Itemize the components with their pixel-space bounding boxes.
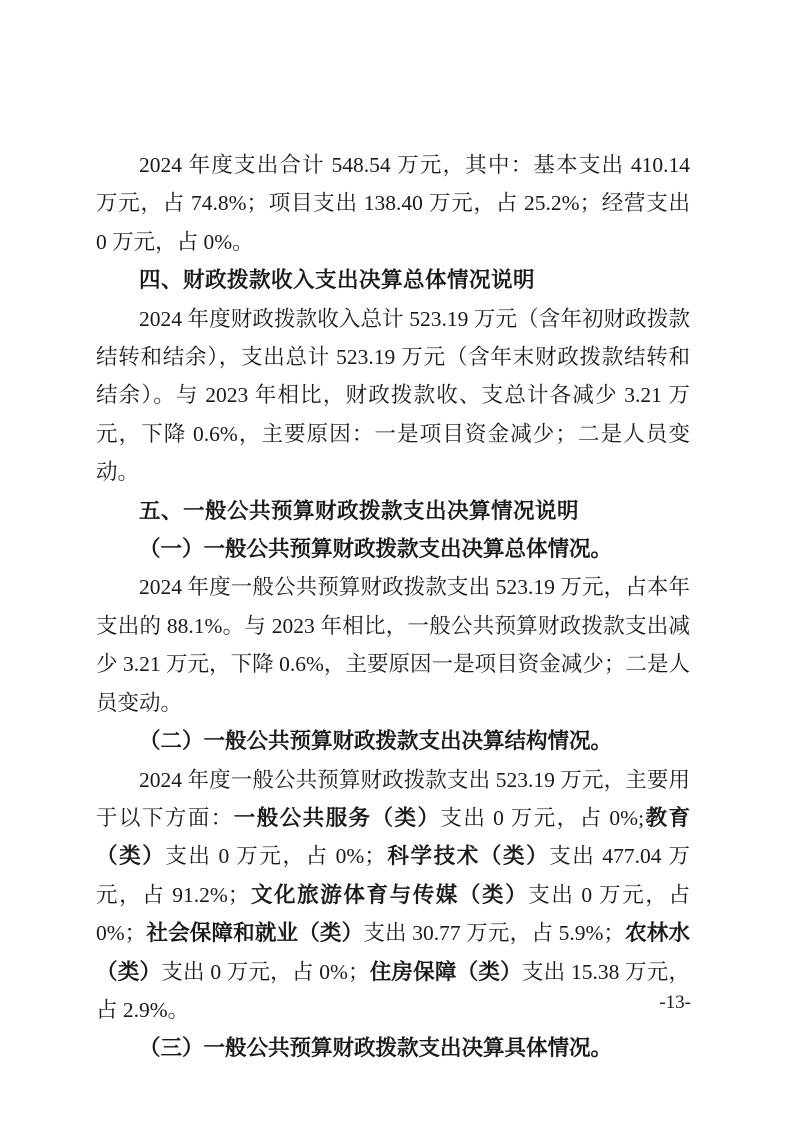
document-page: 2024 年度支出合计 548.54 万元，其中：基本支出 410.14 万元，…: [0, 0, 793, 1122]
category-housing-security: 住房保障（类）: [369, 960, 521, 984]
paragraph-general-budget-overall: 2024 年度一般公共预算财政拨款支出 523.19 万元，占本年支出的 88.…: [96, 568, 690, 722]
paragraph-total-expenditure: 2024 年度支出合计 548.54 万元，其中：基本支出 410.14 万元，…: [96, 146, 690, 261]
paragraph-fiscal-appropriation-total: 2024 年度财政拨款收入总计 523.19 万元（含年初财政拨款结转和结余），…: [96, 300, 690, 492]
section-heading-4: 四、财政拨款收入支出决算总体情况说明: [96, 261, 690, 299]
document-body: 2024 年度支出合计 548.54 万元，其中：基本支出 410.14 万元，…: [96, 146, 690, 1068]
text-segment: 支出 0 万元，占 0%；: [165, 844, 386, 868]
subsection-heading-2: （二）一般公共预算财政拨款支出决算结构情况。: [96, 722, 690, 760]
category-science-technology: 科学技术（类）: [386, 844, 549, 868]
category-general-public-services: 一般公共服务（类）: [234, 806, 441, 830]
text-segment: 支出 0 万元，占 0%;: [440, 806, 644, 830]
text-segment: 支出 0 万元，占 0%；: [161, 960, 369, 984]
category-culture-tourism-sports-media: 文化旅游体育与传媒（类）: [249, 883, 528, 907]
text-segment: 支出 30.77 万元，占 5.9%；: [363, 921, 625, 945]
subsection-heading-3: （三）一般公共预算财政拨款支出决算具体情况。: [96, 1029, 690, 1067]
section-heading-5: 五、一般公共预算财政拨款支出决算情况说明: [96, 492, 690, 530]
subsection-heading-1: （一）一般公共预算财政拨款支出决算总体情况。: [96, 530, 690, 568]
paragraph-expenditure-structure: 2024 年度一般公共预算财政拨款支出 523.19 万元，主要用于以下方面：一…: [96, 761, 690, 1030]
page-number: -13-: [659, 992, 691, 1014]
category-social-security-employment: 社会保障和就业（类）: [146, 921, 363, 945]
